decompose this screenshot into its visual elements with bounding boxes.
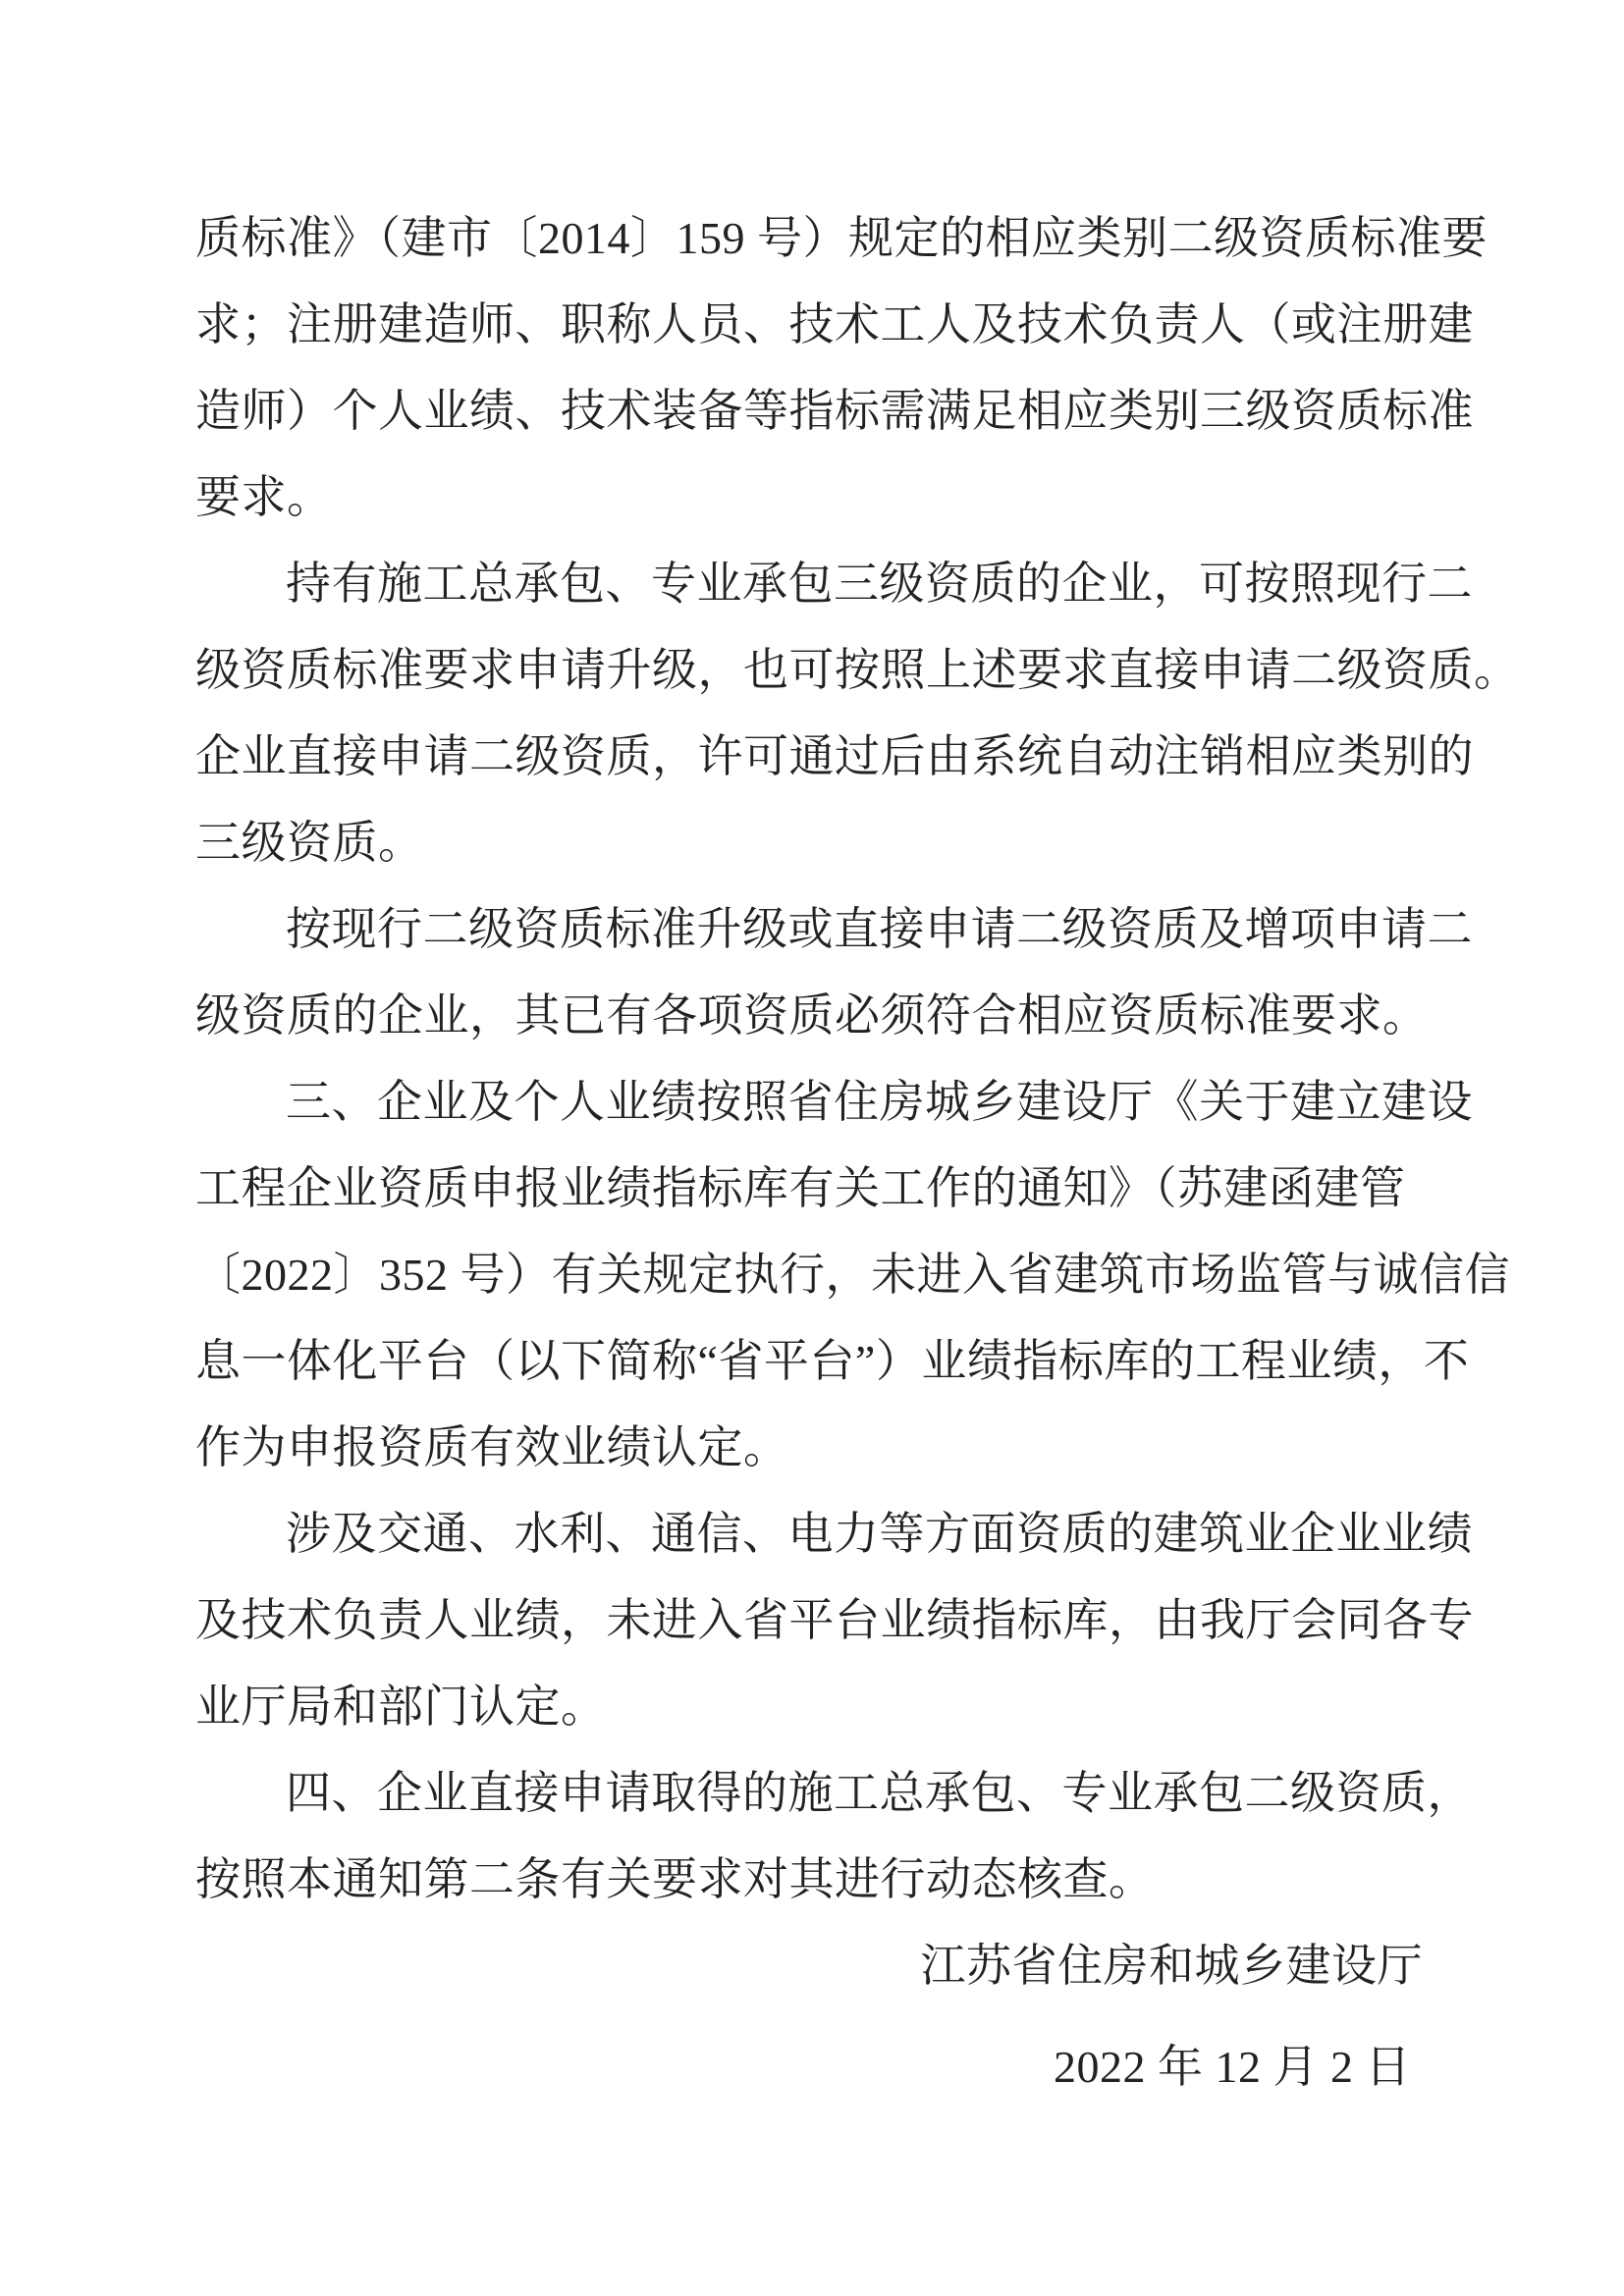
notice-body-text: 质标准》（建市〔2014〕159 号）规定的相应类别二级资质标准要求；注册建造师… xyxy=(195,195,1438,2110)
body-text-line: 要求。 xyxy=(195,454,1438,541)
body-text-line: 三级资质。 xyxy=(195,800,1438,886)
body-text-line: 〔2022〕352 号）有关规定执行，未进入省建筑市场监管与诚信信 xyxy=(195,1232,1438,1318)
body-text-line: 业厅局和部门认定。 xyxy=(195,1664,1438,1750)
body-text-line: 息一体化平台（以下简称“省平台”）业绩指标库的工程业绩，不 xyxy=(195,1318,1438,1405)
body-text-line: 按照本通知第二条有关要求对其进行动态核查。 xyxy=(195,1837,1438,1923)
body-text-line: 造师）个人业绩、技术装备等指标需满足相应类别三级资质标准 xyxy=(195,368,1438,454)
notice-paragraph-lines: 质标准》（建市〔2014〕159 号）规定的相应类别二级资质标准要求；注册建造师… xyxy=(195,195,1438,1923)
issue-date: 2022 年 12 月 2 日 xyxy=(195,2024,1438,2110)
body-text-line: 持有施工总承包、专业承包三级资质的企业，可按照现行二 xyxy=(195,541,1438,627)
body-text-line: 及技术负责人业绩，未进入省平台业绩指标库，由我厅会同各专 xyxy=(195,1577,1438,1664)
body-text-line: 三、企业及个人业绩按照省住房城乡建设厅《关于建立建设 xyxy=(195,1059,1438,1146)
body-text-line: 求；注册建造师、职称人员、技术工人及技术负责人（或注册建 xyxy=(195,282,1438,368)
body-text-line: 作为申报资质有效业绩认定。 xyxy=(195,1405,1438,1491)
body-text-line: 四、企业直接申请取得的施工总承包、专业承包二级资质， xyxy=(195,1750,1438,1837)
document-page: 质标准》（建市〔2014〕159 号）规定的相应类别二级资质标准要求；注册建造师… xyxy=(0,0,1624,2296)
body-text-line: 级资质标准要求申请升级，也可按照上述要求直接申请二级资质。 xyxy=(195,627,1438,714)
body-text-line: 级资质的企业，其已有各项资质必须符合相应资质标准要求。 xyxy=(195,973,1438,1059)
body-text-line: 质标准》（建市〔2014〕159 号）规定的相应类别二级资质标准要 xyxy=(195,195,1438,282)
body-text-line: 企业直接申请二级资质，许可通过后由系统自动注销相应类别的 xyxy=(195,714,1438,800)
body-text-line: 工程企业资质申报业绩指标库有关工作的通知》（苏建函建管 xyxy=(195,1146,1438,1232)
issuer-signature: 江苏省住房和城乡建设厅 xyxy=(195,1923,1438,2009)
body-text-line: 按现行二级资质标准升级或直接申请二级资质及增项申请二 xyxy=(195,886,1438,973)
body-text-line: 涉及交通、水利、通信、电力等方面资质的建筑业企业业绩 xyxy=(195,1491,1438,1577)
